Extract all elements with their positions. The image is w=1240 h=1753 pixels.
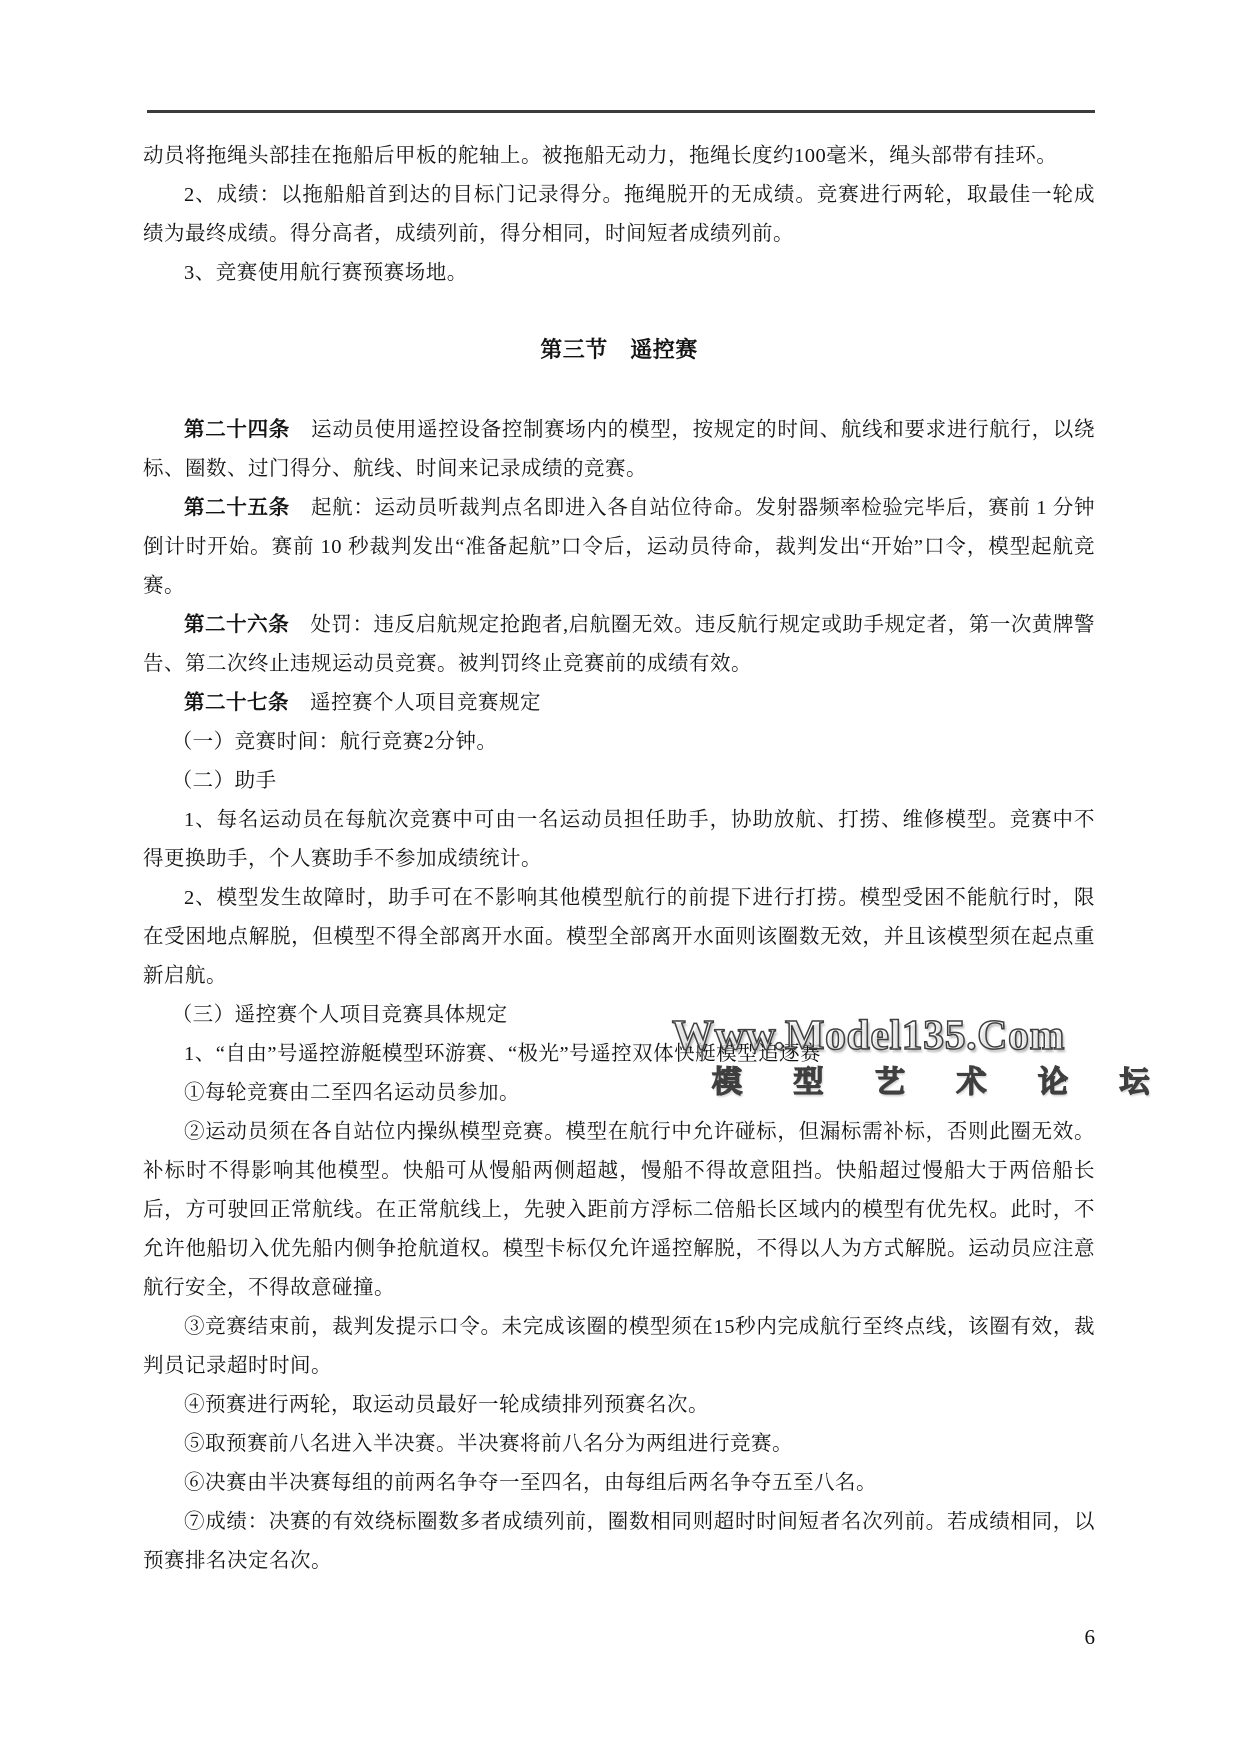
article-24: 第二十四条 运动员使用遥控设备控制赛场内的模型，按规定的时间、航线和要求进行航行… bbox=[143, 411, 1095, 489]
paragraph-towing-score: 2、成绩：以拖船船首到达的目标门记录得分。拖绳脱开的无成绩。竞赛进行两轮，取最佳… bbox=[143, 176, 1095, 254]
rule-circle-2: ②运动员须在各自站位内操纵模型竞赛。模型在航行中允许碰标，但漏标需补标，否则此圈… bbox=[143, 1113, 1095, 1308]
rule-circle-5: ⑤取预赛前八名进入半决赛。半决赛将前八名分为两组进行竞赛。 bbox=[143, 1425, 1095, 1464]
rule-circle-7: ⑦成绩：决赛的有效绕标圈数多者成绩列前，圈数相同则超时时间短者名次列前。若成绩相… bbox=[143, 1503, 1095, 1581]
item-1-competition-time: （一）竞赛时间：航行竞赛2分钟。 bbox=[143, 723, 1095, 762]
rule-circle-6: ⑥决赛由半决赛每组的前两名争夺一至四名，由每组后两名争夺五至八名。 bbox=[143, 1464, 1095, 1503]
item-3-specific-rules: （三）遥控赛个人项目竞赛具体规定 bbox=[143, 996, 1095, 1035]
paragraph-towing-venue: 3、竞赛使用航行赛预赛场地。 bbox=[143, 254, 1095, 293]
document-text: 动员将拖绳头部挂在拖船后甲板的舵轴上。被拖船无动力，拖绳长度约100毫米，绳头部… bbox=[143, 137, 1095, 1581]
article-26: 第二十六条 处罚：违反启航规定抢跑者,启航圈无效。违反航行规定或助手规定者，第一… bbox=[143, 606, 1095, 684]
rule-circle-1: ①每轮竞赛由二至四名运动员参加。 bbox=[143, 1074, 1095, 1113]
paragraph-towline-continuation: 动员将拖绳头部挂在拖船后甲板的舵轴上。被拖船无动力，拖绳长度约100毫米，绳头部… bbox=[143, 137, 1095, 176]
rule-circle-4: ④预赛进行两轮，取运动员最好一轮成绩排列预赛名次。 bbox=[143, 1386, 1095, 1425]
article-25: 第二十五条 起航：运动员听裁判点名即进入各自站位待命。发射器频率检验完毕后，赛前… bbox=[143, 489, 1095, 606]
article-27-number: 第二十七条 bbox=[184, 692, 289, 714]
article-26-number: 第二十六条 bbox=[184, 614, 289, 636]
rule-circle-3: ③竞赛结束前，裁判发提示口令。未完成该圈的模型须在15秒内完成航行至终点线，该圈… bbox=[143, 1308, 1095, 1386]
article-27: 第二十七条 遥控赛个人项目竞赛规定 bbox=[143, 684, 1095, 723]
paragraph-assistant-rule-2: 2、模型发生故障时，助手可在不影响其他模型航行的前提下进行打捞。模型受困不能航行… bbox=[143, 879, 1095, 996]
paragraph-assistant-rule-1: 1、每名运动员在每航次竞赛中可由一名运动员担任助手，协助放航、打捞、维修模型。竞… bbox=[143, 801, 1095, 879]
header-rule bbox=[147, 110, 1095, 113]
article-25-number: 第二十五条 bbox=[184, 497, 290, 519]
section-heading: 第三节 遥控赛 bbox=[143, 330, 1095, 369]
page-number: 6 bbox=[143, 1625, 1095, 1650]
article-24-number: 第二十四条 bbox=[184, 419, 290, 441]
article-27-text: 遥控赛个人项目竞赛规定 bbox=[289, 692, 541, 714]
paragraph-event-names: 1、“自由”号遥控游艇模型环游赛、“极光”号遥控双体快艇模型追逐赛 bbox=[143, 1035, 1095, 1074]
document-page: 动员将拖绳头部挂在拖船后甲板的舵轴上。被拖船无动力，拖绳长度约100毫米，绳头部… bbox=[0, 0, 1240, 1753]
item-2-assistant: （二）助手 bbox=[143, 762, 1095, 801]
